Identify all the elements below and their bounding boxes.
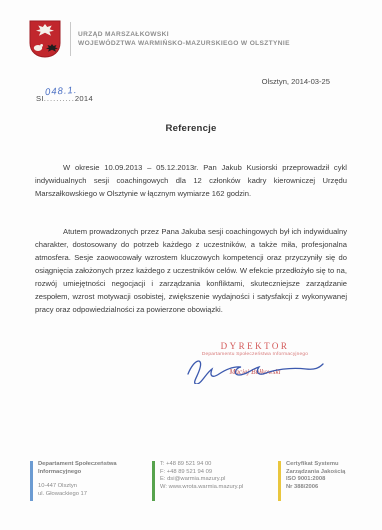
- organization-line1: URZĄD MARSZAŁKOWSKI: [78, 30, 290, 39]
- footer-postal-code: 10-447 Olsztyn: [38, 483, 150, 491]
- footer-accent-bar-blue: [30, 461, 33, 501]
- letter-body: W okresie 10.09.2013 – 05.12.2013r. Pan …: [35, 161, 347, 341]
- reference-number-line: SI..........2014 048.1.: [36, 94, 93, 103]
- footer-contact: T: +48 89 521 94 00 F: +48 89 521 94 09 …: [152, 461, 274, 501]
- place-date: Olsztyn, 2014-03-25: [262, 77, 330, 86]
- footer-certificate-line4: Nr 388/2006: [286, 484, 345, 492]
- footer-certificate-line1: Certyfikat Systemu: [286, 461, 345, 469]
- footer-fax: F: +48 89 521 94 09: [160, 469, 243, 477]
- footer-department-name: Departament Społeczeństwa Informacyjnego: [38, 461, 150, 476]
- organization-line2: WOJEWÓDZTWA WARMIŃSKO-MAZURSKIEGO W OLSZ…: [78, 39, 290, 48]
- footer-accent-bar-green: [152, 461, 155, 501]
- paragraph-1: W okresie 10.09.2013 – 05.12.2013r. Pan …: [35, 161, 347, 200]
- footer-phone: T: +48 89 521 94 00: [160, 461, 243, 469]
- letterhead: URZĄD MARSZAŁKOWSKI WOJEWÓDZTWA WARMIŃSK…: [28, 19, 290, 59]
- handwritten-reference-number: 048.1.: [45, 85, 78, 98]
- footer-certificate-line2: Zarządzania Jakością: [286, 469, 345, 477]
- footer-certificate: Certyfikat Systemu Zarządzania Jakością …: [278, 461, 368, 501]
- footer-street: ul. Głowackiego 17: [38, 491, 150, 499]
- footer-accent-bar-yellow: [278, 461, 281, 501]
- document-title: Referencje: [0, 123, 382, 134]
- stamp-subtitle: Departamentu Społeczeństwa Informacyjneg…: [170, 352, 340, 357]
- footer-website: W: www.wrota.warmia.mazury.pl: [160, 484, 243, 492]
- organization-name: URZĄD MARSZAŁKOWSKI WOJEWÓDZTWA WARMIŃSK…: [78, 30, 290, 48]
- footer-email: E: dsi@warmia.mazury.pl: [160, 476, 243, 484]
- paragraph-2: Atutem prowadzonych przez Pana Jakuba se…: [35, 225, 347, 316]
- header-divider: [70, 22, 71, 56]
- reference-letter-page: URZĄD MARSZAŁKOWSKI WOJEWÓDZTWA WARMIŃSK…: [0, 0, 382, 530]
- reference-prefix: SI: [36, 94, 44, 103]
- stamp-title: DYREKTOR: [170, 341, 340, 351]
- coat-of-arms-icon: [28, 19, 62, 59]
- signature-block: DYREKTOR Departamentu Społeczeństwa Info…: [170, 341, 340, 376]
- footer-department: Departament Społeczeństwa Informacyjnego…: [30, 461, 150, 501]
- signer-name: Maciej Bułkowski: [170, 368, 340, 376]
- footer-certificate-line3: ISO 9001:2008: [286, 476, 345, 484]
